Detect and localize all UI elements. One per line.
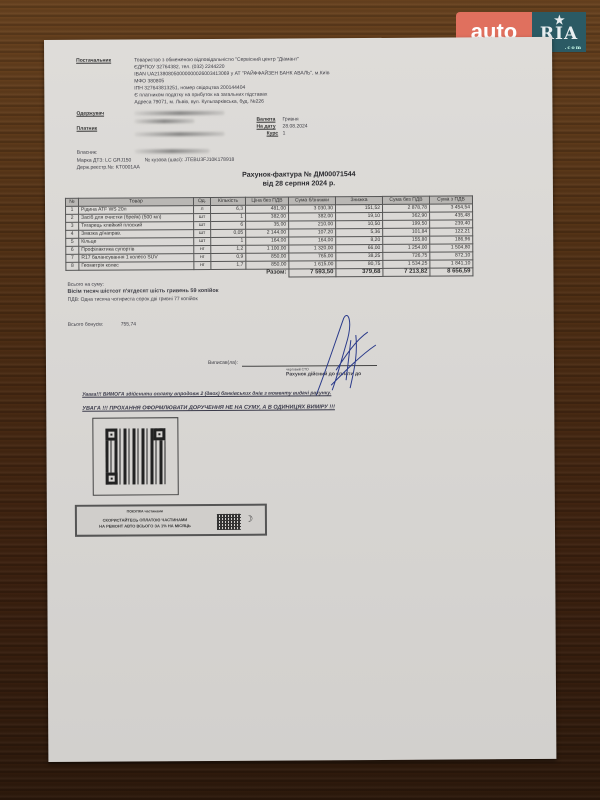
table-cell: шт [194,221,211,229]
invoice-document: Постачальник Товариство з обмеженою відп… [44,37,556,762]
table-cell: 5,36 [336,228,383,236]
table-cell: 3 030,30 [289,205,336,213]
payment-warning: Увага!!! ВИМОГА здійснити оплату впродов… [82,390,331,398]
table-cell: 1 [211,237,246,245]
redacted-payer [135,132,225,137]
bonus-label: Всього бонусів: [68,322,104,329]
total-label: Разом: [66,269,289,278]
table-cell: шт [194,213,211,221]
bonus-value: 755,74 [121,321,136,328]
col-header: Знижка [335,196,382,204]
table-cell: 6,3 [211,205,246,213]
table-cell: 164,00 [289,237,336,245]
rate-value: 1 [283,131,286,138]
table-cell: 8 [66,262,79,270]
col-header: № [65,198,78,206]
table-cell: 164,00 [246,237,289,245]
table-cell: 199,50 [383,220,430,228]
qr-finder-icon [153,428,165,440]
table-cell: 7 [66,254,79,262]
total-with-vat: 8 656,59 [430,268,473,276]
star-icon: ★ [554,14,566,26]
table-cell: 6 [211,221,246,229]
col-header: Од. [193,197,210,205]
table-cell: 186,96 [430,236,473,244]
signed-by-label: Виписав(ла): [208,360,238,367]
qr-finder-icon [106,473,118,485]
items-table: № Товар Од. Кількість Ціна без ПДВ Сума … [65,195,473,278]
table-cell: 0,05 [211,229,246,237]
banner-qr-icon [217,514,241,530]
proxy-warning: УВАГА !!! ПРОХАННЯ ОФОРМЛЮВАТИ ДОРУЧЕННЯ… [82,404,335,412]
table-cell: 80,75 [336,260,383,268]
arrow-curve-icon: ☽ [245,514,253,525]
payer-label: Платник [77,126,98,133]
table-cell: нг [194,245,211,253]
table-cell: 1 615,00 [289,261,336,269]
redacted-receiver [134,119,194,123]
table-cell: 107,20 [289,229,336,237]
table-cell: 35,00 [246,221,289,229]
on-date-value: 28.08.2024 [283,123,308,130]
table-cell: 101,84 [383,228,430,236]
table-cell: 151,52 [336,204,383,212]
table-cell: 1 534,25 [383,260,430,268]
table-cell: 2 [66,214,79,222]
table-cell: 1 [66,206,79,214]
invoice-date: від 28 серпня 2024 р. [45,179,553,189]
table-cell: 1 254,00 [383,244,430,252]
table-cell: шт [194,237,211,245]
table-cell: 850,00 [246,253,289,261]
table-cell: 382,00 [246,213,289,221]
col-header: Кількість [210,197,245,205]
table-cell: 19,10 [336,212,383,220]
table-cell: 0,9 [211,253,246,261]
redacted-receiver [134,111,224,116]
table-cell: 6 [66,246,79,254]
table-cell: 850,00 [246,261,289,269]
banner-line-1: СКОРИСТАЙТЕСЬ ОПЛАТОЮ ЧАСТИНАМИ [81,517,209,523]
table-cell: 2 144,00 [246,229,289,237]
table-cell: 1 100,00 [246,245,289,253]
table-cell: 1,2 [211,245,246,253]
table-cell: нг [194,261,211,269]
redacted-owner [135,149,210,153]
qr-finder-icon [105,429,117,441]
receiver-label: Одержувач [76,111,104,118]
table-cell: 4 [66,230,79,238]
total-discount: 379,68 [336,268,383,276]
table-cell: 362,90 [383,212,430,220]
col-header: Сума б/знижки [288,197,335,205]
table-total-row: Разом: 7 593,50 379,68 7 213,82 8 656,59 [66,268,473,278]
table-cell: 122,21 [430,228,473,236]
table-cell: шт [194,229,211,237]
col-header: Сума без ПДВ [382,196,429,204]
table-cell: 765,00 [289,253,336,261]
col-header: Ціна без ПДВ [245,197,288,205]
payment-qr-box[interactable] [92,417,178,496]
total-before-discount: 7 593,50 [289,269,336,277]
vehicle-reg: Держ.реєстр.№: KT0001AA [77,164,140,171]
table-cell: нг [194,253,211,261]
table-cell: 5 [66,238,79,246]
table-cell: 66,00 [336,244,383,252]
total-sum-words: Вісім тисяч шістсот п'ятдесят шість грив… [68,288,219,296]
vat-words: ПДВ: Одна тисяча чотириста сорок дві гри… [68,296,198,304]
table-cell: 239,40 [430,220,473,228]
table-cell: 1 [211,213,246,221]
supplier-label: Постачальник [76,58,111,65]
vehicle-vin: № кузова (шасі): JTEBU3FJ10K178918 [145,157,235,165]
table-cell: 8,20 [336,236,383,244]
signature-scribble [306,310,382,400]
supplier-line: Адреса 79071, м. Львів, вул. Кульпарківс… [134,99,264,107]
rate-label: Курс [267,131,279,138]
table-cell: 3 [66,222,79,230]
supplier-line: IBAN UA213808050000000026003413069 у АТ … [134,70,329,78]
table-cell: 155,80 [383,236,430,244]
banner-line-2: НА РЕМОНТ АВТО ВСЬОГО ЗА 1% НА МІСЯЦЬ [81,523,209,529]
table-cell: 1 841,10 [430,260,473,268]
owner-label: Власник: [77,150,98,157]
table-cell: л [194,205,211,213]
table-cell: 210,00 [289,221,336,229]
table-cell: 1,7 [211,261,246,269]
installment-banner[interactable]: ПОКУПКА частинами СКОРИСТАЙТЕСЬ ОПЛАТОЮ … [75,504,267,537]
banner-brand: ПОКУПКА частинами [81,509,209,514]
table-cell: 3 454,54 [430,204,473,212]
table-cell: 872,10 [430,252,473,260]
total-without-vat: 7 213,82 [383,268,430,276]
table-cell: 38,25 [336,252,383,260]
table-cell: 382,00 [289,213,336,221]
table-cell: 481,00 [246,205,289,213]
table-cell: 1 320,00 [289,245,336,253]
table-cell: 2 878,78 [383,204,430,212]
table-cell: 726,75 [383,252,430,260]
col-header: Сума з ПДВ [429,196,472,204]
table-cell: 435,48 [430,212,473,220]
table-cell: 1 504,80 [430,244,473,252]
table-cell: 10,50 [336,220,383,228]
